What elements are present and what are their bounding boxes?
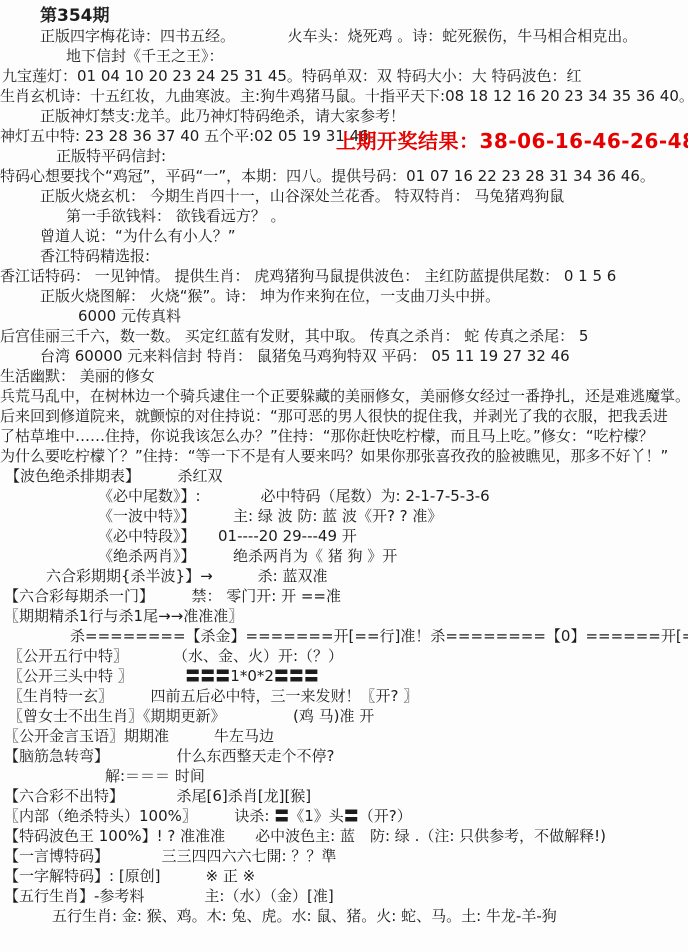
text-line: 后宫佳丽三千六，数一数。 买定红蓝有发财，其中取。 传真之杀肖： 蛇 传真之杀尾… [0, 326, 688, 346]
text-line: 曾道人说：“为什么有小人？” [0, 226, 688, 246]
text-line: 〖生肖特一玄〗 四前五后必中特，三一来发财！〖开? 〗 [0, 686, 688, 706]
text-line: 五行生肖: 金: 猴、鸡。木: 兔、虎。水: 鼠、猪。火: 蛇、马。土: 牛龙-… [0, 906, 688, 926]
last-draw-result: 上期开奖结果：38-06-16-46-26-48+01 [336, 125, 688, 154]
text-line: 【六合彩每期杀一门】 禁： 零门开: 开 ==准 [0, 586, 688, 606]
text-line: 香江特码精选报: [0, 246, 688, 266]
text-line: 【五行生肖】-参考料 主:（水）（金）[准] [0, 886, 688, 906]
text-line: 第一手欲钱料： 欲钱看远方？ 。 [0, 206, 688, 226]
text-line: 特码心想要找个“鸡冠”，平码“一”，本期：四八。提供号码：01 07 16 22… [0, 166, 688, 186]
text-line: 后来回到修道院来，就颤惊的对住持说：“那可恶的男人很快的捉住我，并剥光了我的衣服… [0, 406, 688, 426]
text-line: 台湾 60000 元来料信封 特肖： 鼠猪兔马鸡狗特双 平码： 05 11 19… [0, 346, 688, 366]
text-line: 【脑筋急转弯】 什么东西整天走个不停? [0, 746, 688, 766]
text-line: 〖内部（绝杀特头）100%〗 诀杀: 〓《1》头〓（开?） [0, 806, 688, 826]
text-line: 〖曾女士不出生肖〗《期期更新》 (鸡 马)准 开 [0, 706, 688, 726]
text-line: 正版火烧玄机： 今期生肖四十一，山谷深处兰花香。 特双特肖： 马兔猪鸡狗鼠 [0, 186, 688, 206]
text-line: 〖公开三头中特 〗 〓〓〓1*0*2〓〓〓 [0, 666, 688, 686]
text-line: 【六合彩不出特】 杀尾[6]杀肖[龙][猴] [0, 786, 688, 806]
text-line: 六合彩期期{杀半波}】→ 杀: 蓝双准 [0, 566, 688, 586]
text-line: 〖公开金言玉语〗期期准 牛左马边 [0, 726, 688, 746]
text-line: 正版火烧图解： 火烧“猴”。诗： 坤为作来狗在位，一支曲刀头中拼。 [0, 286, 688, 306]
text-line: 为什么要吃柠檬丫？”住持：“等一下不是有人要来吗？如果你那张喜孜孜的脸被瞧见，那… [0, 446, 688, 466]
text-line: 香江话特码： 一见钟情。 提供生肖： 虎鸡猪狗马鼠提供波色： 主红防蓝提供尾数：… [0, 266, 688, 286]
text-line: 〖公开五行中特〗 （水、金、火）开:（？） [0, 646, 688, 666]
text-line: 解:＝＝＝ 时间 [0, 766, 688, 786]
text-line: 地下信封《千王之王》： [0, 46, 688, 66]
text-line: 生肖玄机诗：十五红妆，九曲寒波。主:狗牛鸡猪马鼠。十指平天下:08 18 12 … [0, 86, 688, 106]
text-line: 生活幽默： 美丽的修女 [0, 366, 688, 386]
text-line: 〖期期精杀1行与杀1尾→→准准准〗 [0, 606, 688, 626]
text-line: 正版四字梅花诗：四书五经。 火车头：烧死鸡 。诗：蛇死猴伤，牛马相合相克出。 [0, 26, 688, 46]
text-line: 《绝杀两肖》】 绝杀两肖为《 猪 狗 》开 [0, 546, 688, 566]
text-line: 第354期 [0, 6, 688, 26]
text-line: 了枯草堆中……住持，你说我该怎么办？”住持：“那你赶快吃柠檬，而且马上吃。”修女… [0, 426, 688, 446]
text-line: 杀========【杀金】=======开[==行]准！杀========【0】… [0, 626, 688, 646]
text-line: 正版神灯禁支:龙羊。此乃神灯特码绝杀，请大家参考！ [0, 106, 688, 126]
lottery-tip-sheet: 第354期正版四字梅花诗：四书五经。 火车头：烧死鸡 。诗：蛇死猴伤，牛马相合相… [0, 0, 688, 952]
text-line: 【特码波色王 100%】! ? 准准准 必中波色主: 蓝 防: 绿 .（注: 只… [0, 826, 688, 846]
text-line: 兵荒马乱中，在树林边一个骑兵逮住一个正要躲藏的美丽修女，美丽修女经过一番挣扎，还… [0, 386, 688, 406]
text-line: 【一字解特码】: [原创] ※ 正 ※ [0, 866, 688, 886]
text-line: 《必中尾数》】: 必中特码（尾数）为: 2-1-7-5-3-6 [0, 486, 688, 506]
text-line: 九宝莲灯：01 04 10 20 23 24 25 31 45。特码单双：双 特… [0, 66, 688, 86]
text-line: 6000 元传真料 [0, 306, 688, 326]
text-line: 《必中特段》】 01----20 29---49 开 [0, 526, 688, 546]
text-line: 【波色绝杀排期表】 杀红双 [0, 466, 688, 486]
text-line: 《一波中特》】 主: 绿 波 防: 蓝 波《开? ? 准》 [0, 506, 688, 526]
text-line: 【一言博特码】 三三四四六六七開: ？？準 [0, 846, 688, 866]
